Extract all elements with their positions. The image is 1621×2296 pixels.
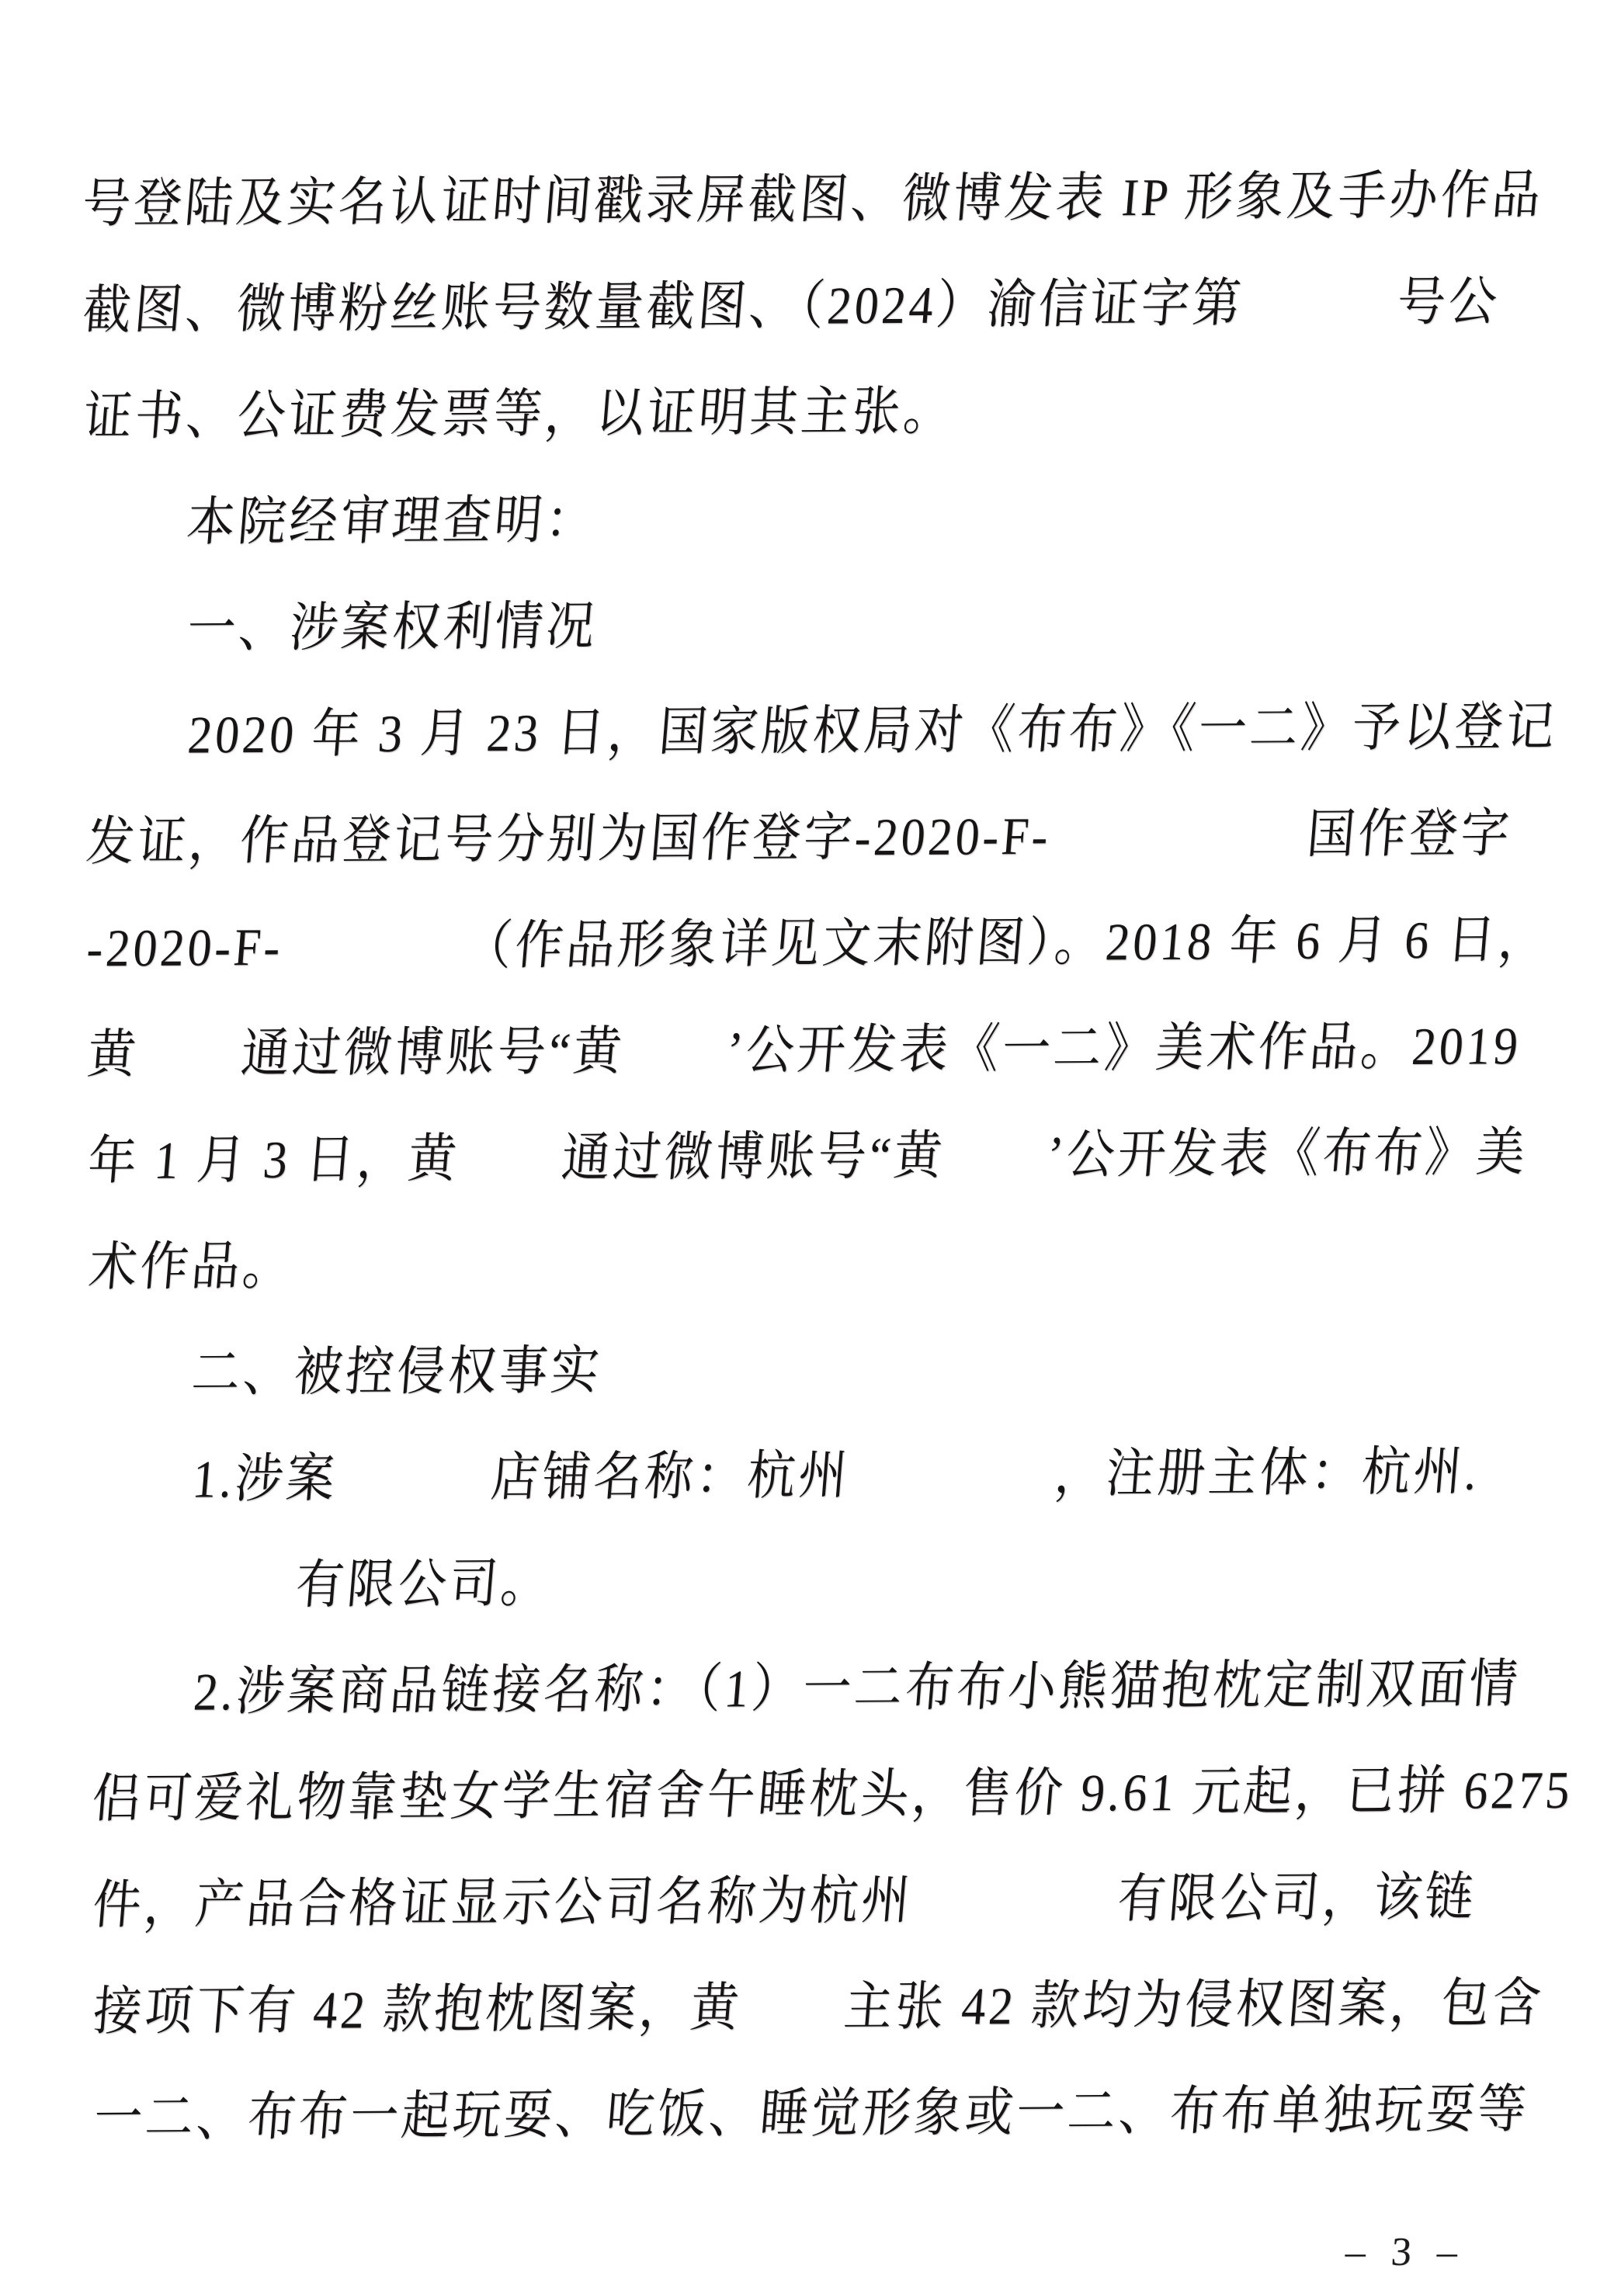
text-line: 一二、布布一起玩耍、吃饭、睡觉形象或一二、布布单独玩耍等 <box>89 2051 1574 2177</box>
page-number: – 3 – <box>1318 2229 1492 2276</box>
scanned-document-page: 号登陆及实名认证时间戳录屏截图、微博发表 IP 形象及手办作品截图、微博粉丝账号… <box>0 0 1621 2296</box>
document-text: 号登陆及实名认证时间戳录屏截图、微博发表 IP 形象及手办作品截图、微博粉丝账号… <box>82 143 1570 2173</box>
